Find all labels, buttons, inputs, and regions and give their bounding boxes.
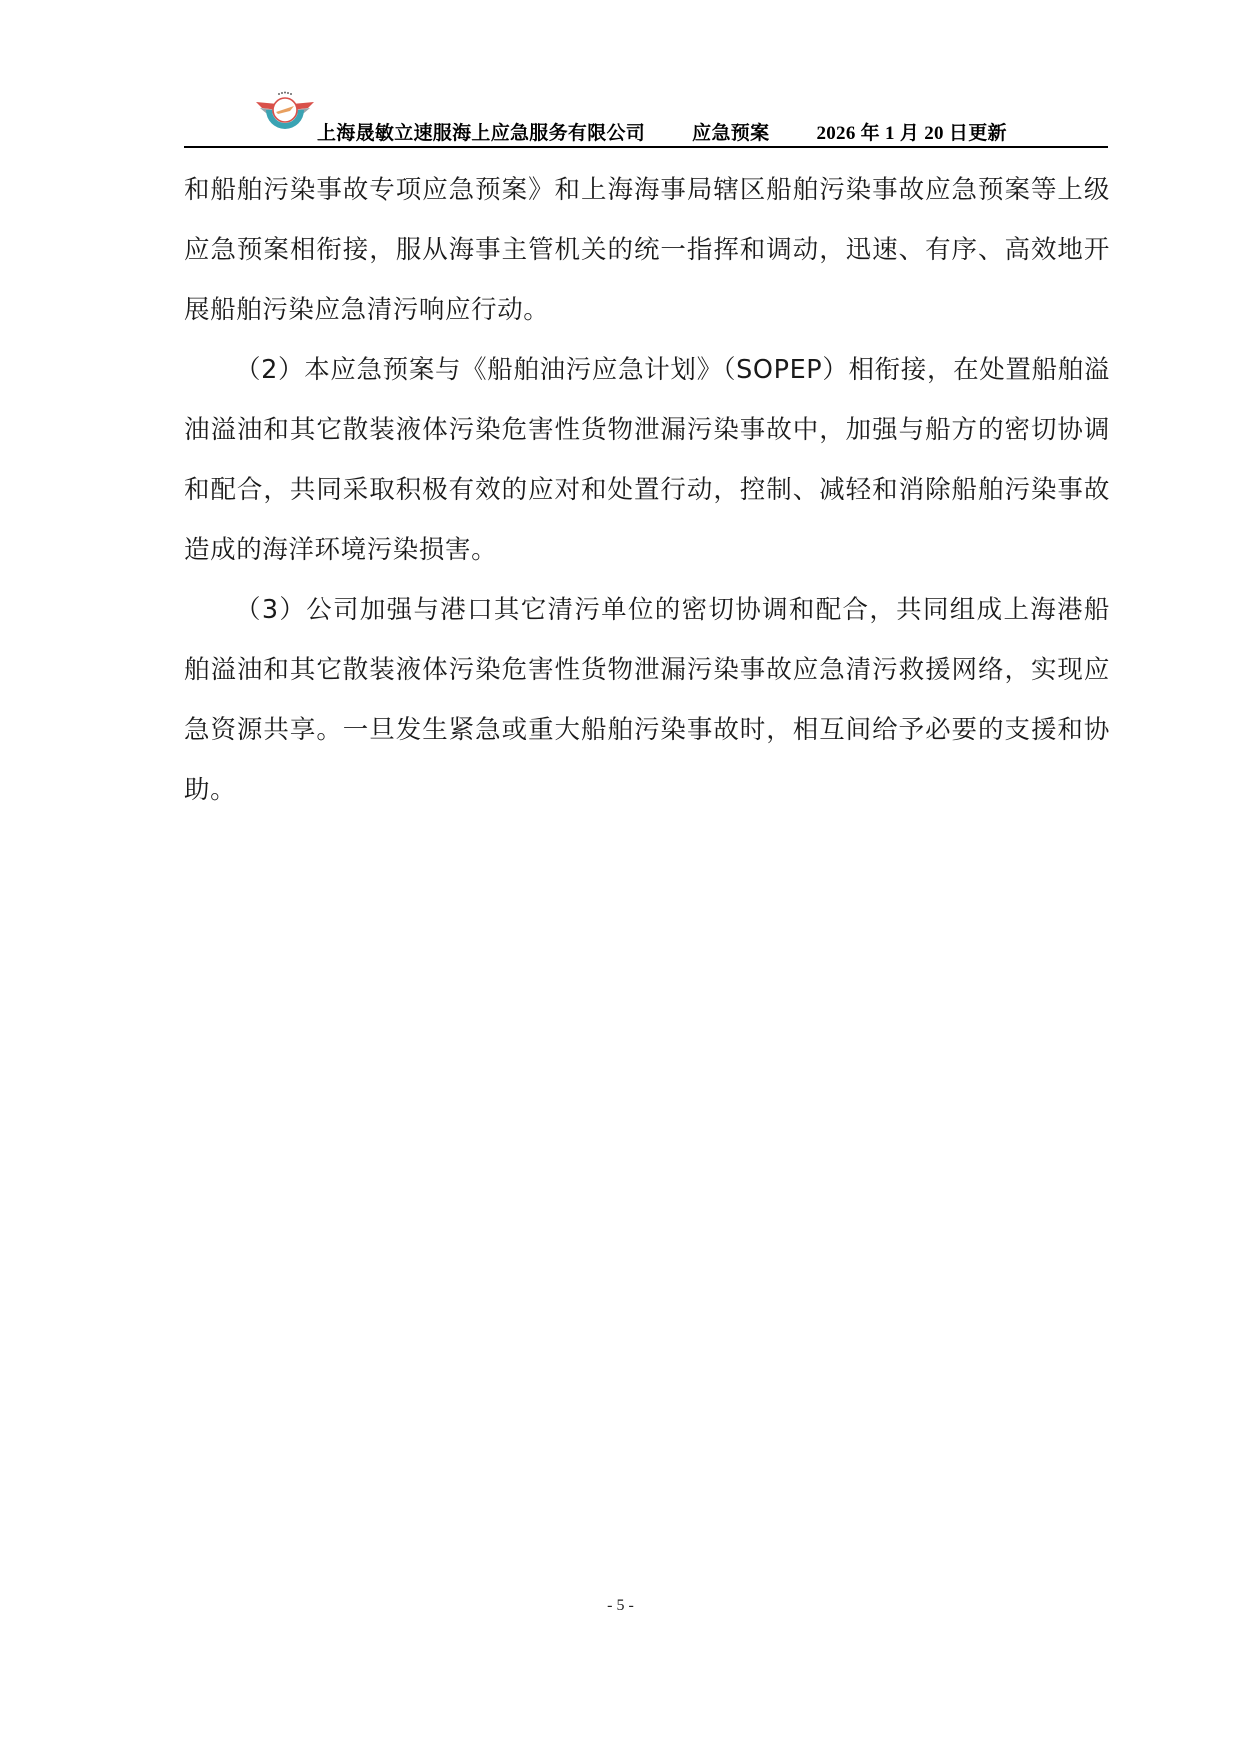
page-number: - 5 - (0, 1597, 1241, 1615)
header-divider (184, 146, 1108, 148)
page-header: 上海晟敏立速服海上应急服务有限公司 应急预案 2026 年 1 月 20 日更新 (184, 82, 1108, 148)
company-emblem-icon (254, 88, 316, 142)
document-body: 和船舶污染事故专项应急预案》和上海海事局辖区船舶污染事故应急预案等上级应急预案相… (184, 160, 1110, 820)
paragraph-continued: 和船舶污染事故专项应急预案》和上海海事局辖区船舶污染事故应急预案等上级应急预案相… (184, 160, 1110, 340)
header-line: 上海晟敏立速服海上应急服务有限公司 应急预案 2026 年 1 月 20 日更新 (317, 118, 1007, 145)
paragraph-item-2: （2）本应急预案与《船舶油污应急计划》（SOPEP）相衔接，在处置船舶溢油溢油和… (184, 340, 1110, 580)
update-date: 2026 年 1 月 20 日更新 (816, 118, 1006, 145)
document-type: 应急预案 (692, 118, 769, 145)
paragraph-item-3: （3）公司加强与港口其它清污单位的密切协调和配合，共同组成上海港船舶溢油和其它散… (184, 580, 1110, 820)
company-name: 上海晟敏立速服海上应急服务有限公司 (317, 118, 645, 145)
